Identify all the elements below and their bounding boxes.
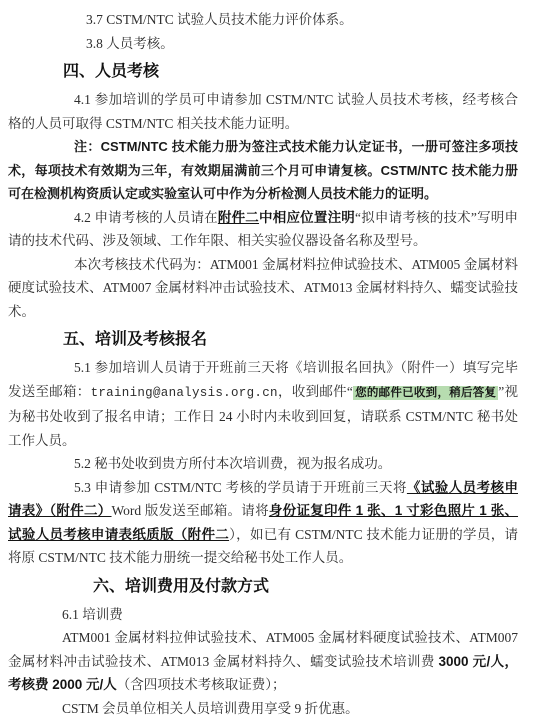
section-4-heading: 四、人员考核 <box>8 59 518 85</box>
section-5-heading: 五、培训及考核报名 <box>8 327 518 353</box>
document-page: 3.7 CSTM/NTC 试验人员技术能力评价体系。 3.8 人员考核。 四、人… <box>0 0 548 715</box>
auto-reply-highlighted-text: 您的邮件已收到，稍后答复 <box>353 386 498 400</box>
paragraph-4-2: 4.2 申请考核的人员请在附件二中相应位置注明“拟申请考核的技术”写明申请的技术… <box>8 206 518 253</box>
text-run: ，收到邮件“ <box>278 384 353 399</box>
paragraph-training-fee: ATM001 金属材料拉伸试验技术、ATM005 金属材料硬度试验技术、ATM0… <box>8 626 518 697</box>
text-run: 5.3 申请参加 CSTM/NTC 考核的学员请于开班前三天将 <box>74 480 407 495</box>
attachment-2-reference: 附件二 <box>218 210 259 225</box>
paragraph-4-1: 4.1 参加培训的学员可申请参加 CSTM/NTC 试验人员技术考核，经考核合格… <box>8 88 518 135</box>
section-6-heading: 六、培训费用及付款方式 <box>8 574 518 600</box>
bold-run: 中相应位置注明 <box>259 210 355 225</box>
paragraph-5-3: 5.3 申请参加 CSTM/NTC 考核的学员请于开班前三天将《试验人员考核申请… <box>8 476 518 570</box>
paragraph-exam-codes: 本次考核技术代码为：ATM001 金属材料拉伸试验技术、ATM005 金属材料硬… <box>8 253 518 324</box>
paragraph-member-discount: CSTM 会员单位相关人员培训费用享受 9 折优惠。 <box>8 697 518 715</box>
note-paragraph: 注：CSTM/NTC 技术能力册为签注式技术能力认定证书，一册可签注多项技术，每… <box>8 135 518 206</box>
text-run: Word 版发送至邮箱。请将 <box>112 503 269 518</box>
list-item-3-8: 3.8 人员考核。 <box>8 32 518 56</box>
paragraph-6-1: 6.1 培训费 <box>8 603 518 627</box>
text-run: 4.2 申请考核的人员请在 <box>74 210 218 225</box>
paragraph-5-2: 5.2 秘书处收到贵方所付本次培训费，视为报名成功。 <box>8 452 518 476</box>
list-item-3-7: 3.7 CSTM/NTC 试验人员技术能力评价体系。 <box>8 8 518 32</box>
text-run: （含四项技术考核取证费）； <box>117 677 286 692</box>
paragraph-5-1: 5.1 参加培训人员请于开班前三天将《培训报名回执》（附件一）填写完毕发送至邮箱… <box>8 356 518 452</box>
training-email-address: training@analysis.org.cn <box>91 386 278 400</box>
